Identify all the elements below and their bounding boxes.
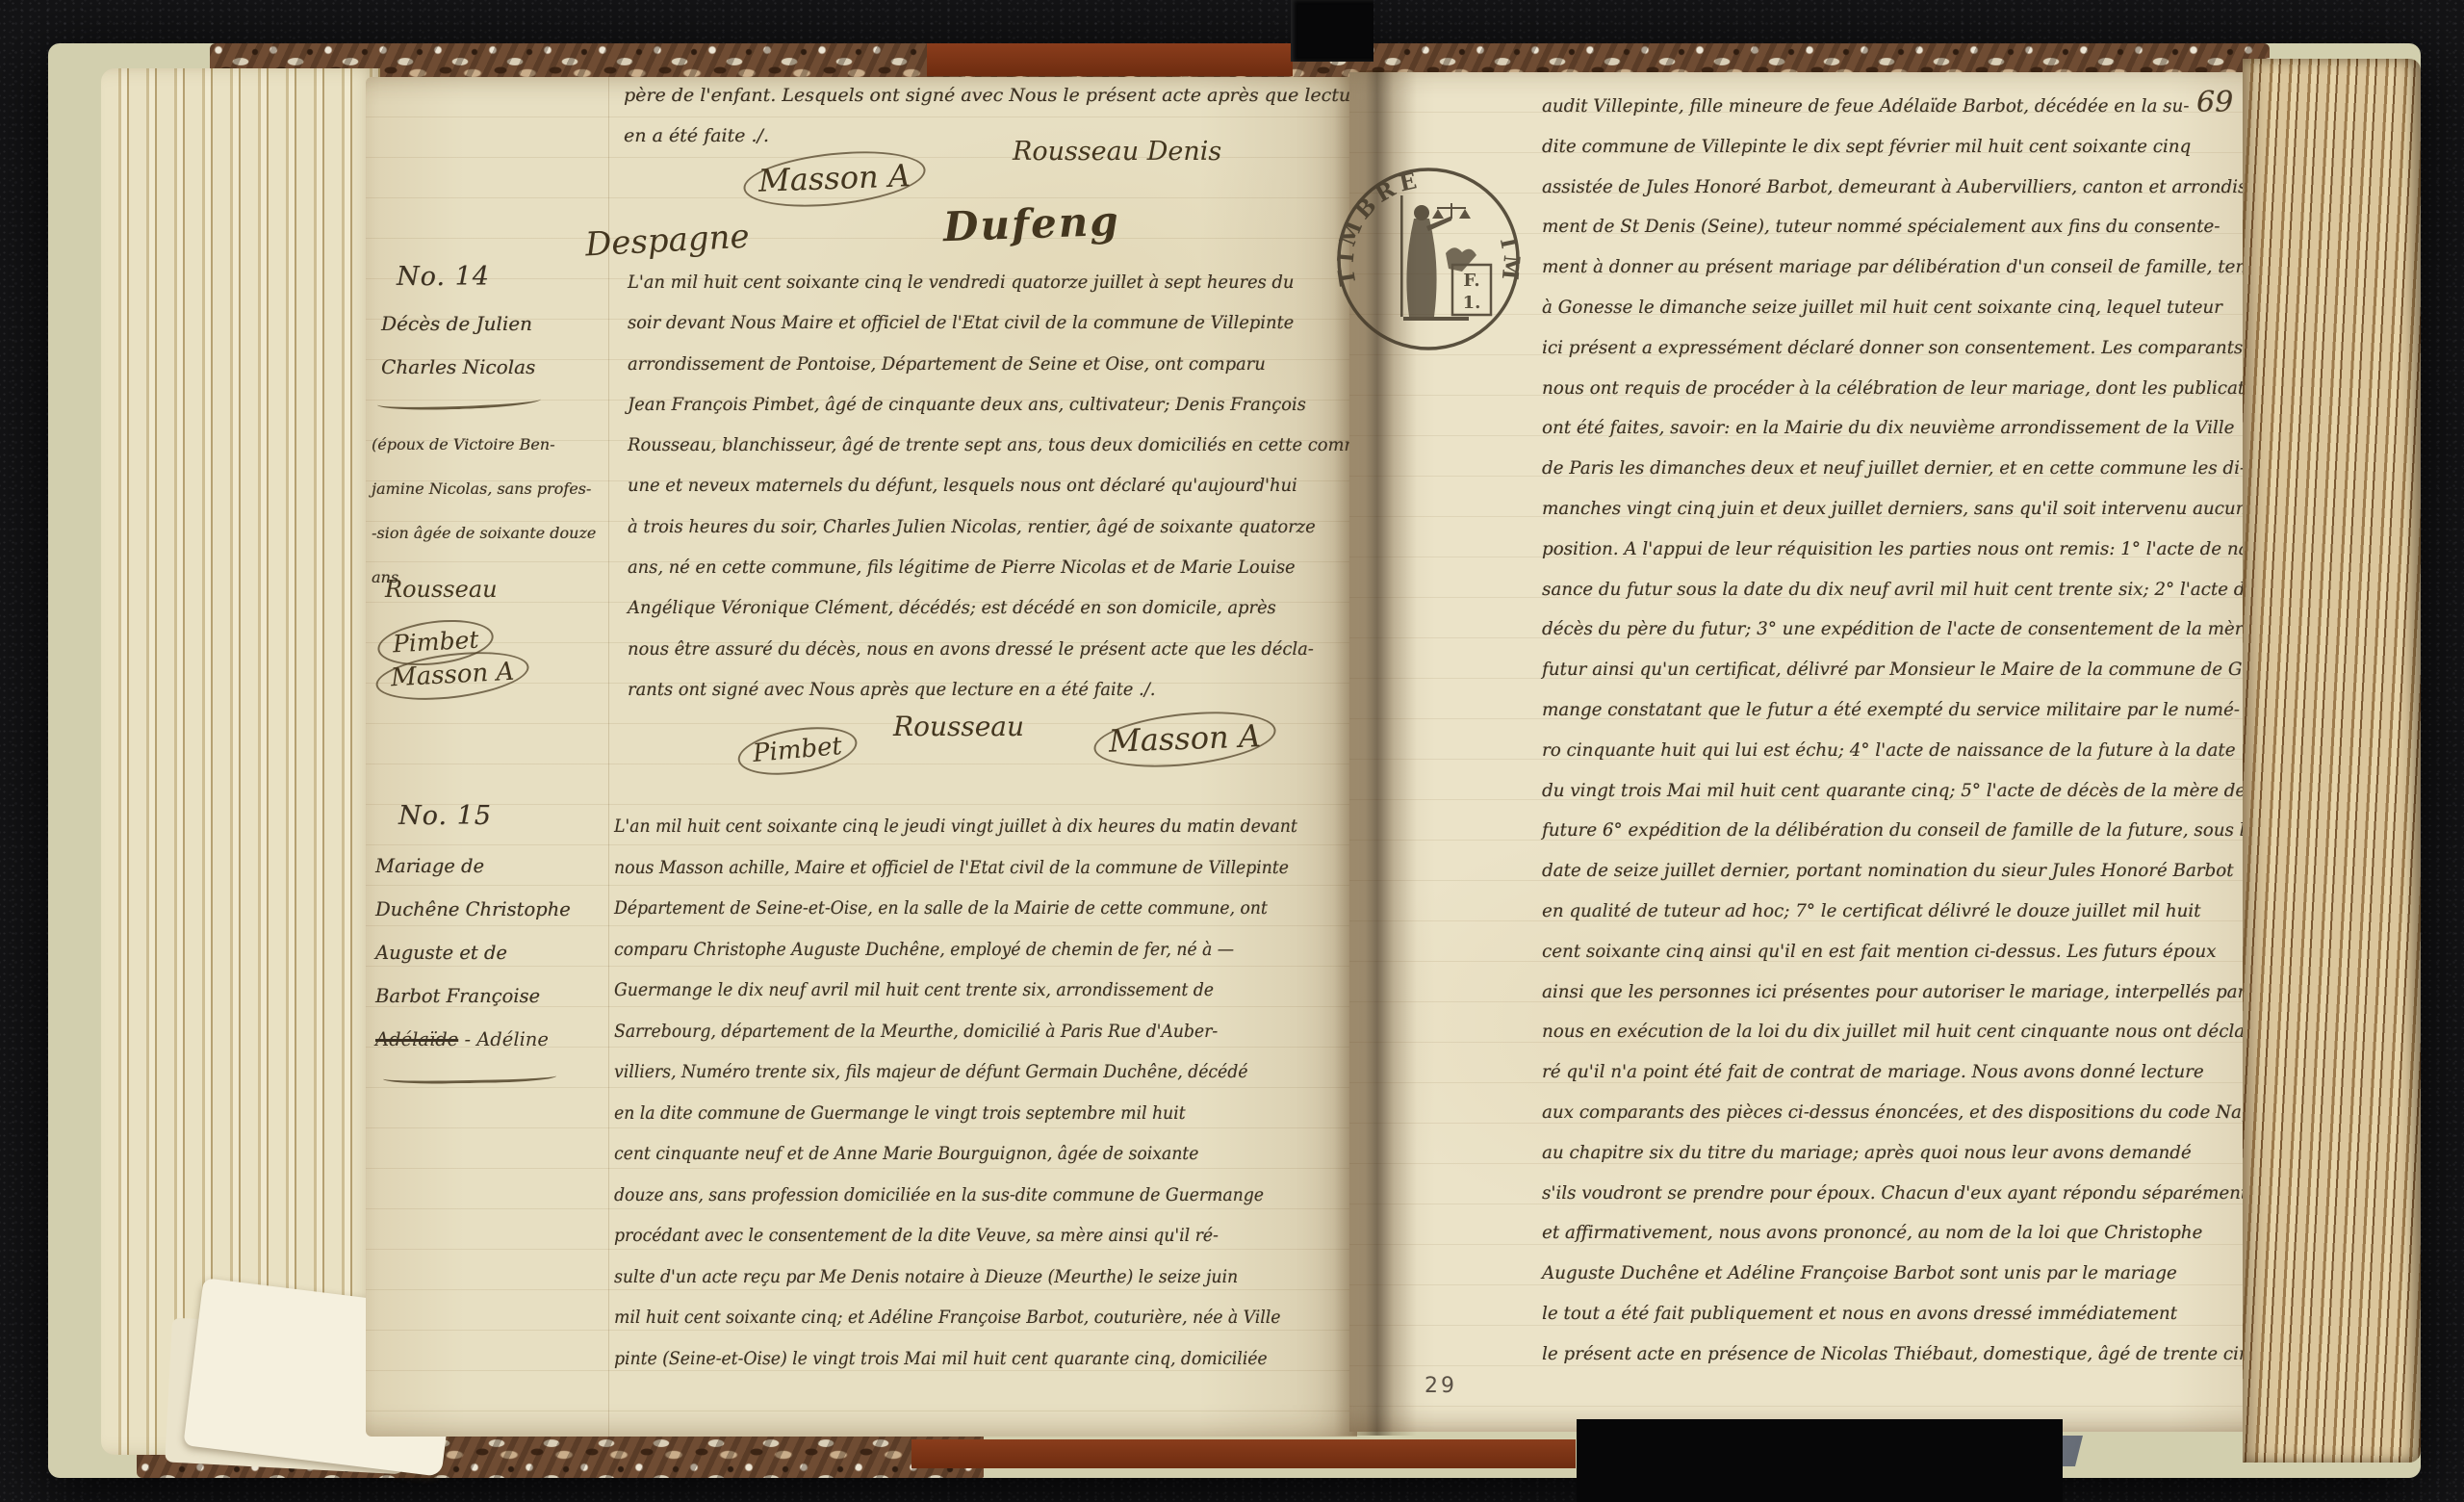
act-15-continuation-text: audit Villepinte, fille mineure de feue … <box>1542 95 2301 1384</box>
text-line: jamine Nicolas, sans profes- <box>372 479 596 524</box>
text-line: à trois heures du soir, Charles Julien N… <box>628 516 1366 557</box>
text-line: Guermange le dix neuf avril mil huit cen… <box>614 980 1297 1022</box>
left-page-stack-edges <box>101 68 380 1455</box>
struck-name: Adélaïde <box>375 1028 458 1050</box>
replacement-name: - Adéline <box>464 1028 548 1050</box>
previous-act-fragment: père de l'enfant. Lesquels ont signé ave… <box>624 85 1370 166</box>
text-line: pinte (Seine-et-Oise) le vingt trois Mai… <box>614 1349 1297 1390</box>
signature-rousseau-denis: Rousseau Denis <box>1013 137 1221 167</box>
text-line: le présent acte en présence de Nicolas T… <box>1542 1343 2301 1384</box>
text-line: (époux de Victoire Ben- <box>372 435 596 479</box>
text-line: soir devant Nous Maire et officiel de l'… <box>628 312 1366 352</box>
text-line: mil huit cent soixante cinq; et Adéline … <box>614 1308 1297 1349</box>
text-line: Angélique Véronique Clément, décédés; es… <box>628 597 1366 637</box>
text-line: Duchêne Christophe <box>375 898 571 942</box>
text-line: du vingt trois Mai mil huit cent quarant… <box>1542 780 2301 820</box>
text-line: Barbot Françoise <box>375 985 571 1028</box>
photo-background: père de l'enfant. Lesquels ont signé ave… <box>0 0 2464 1502</box>
text-line: Département de Seine-et-Oise, en la sall… <box>614 898 1297 940</box>
text-line: L'an mil huit cent soixante cinq le jeud… <box>614 816 1297 858</box>
text-line: s'ils voudront se prendre pour époux. Ch… <box>1542 1182 2301 1223</box>
act-14-body-text: L'an mil huit cent soixante cinq le vend… <box>628 272 1366 719</box>
text-line: ici présent a expressément déclaré donne… <box>1542 337 2301 377</box>
text-line: de Paris les dimanches deux et neuf juil… <box>1542 457 2301 498</box>
text-line: ont été faites, savoir: en la Mairie du … <box>1542 417 2301 457</box>
text-line: Jean François Pimbet, âgé de cinquante d… <box>628 394 1366 434</box>
signature-despagne: Despagne <box>584 218 751 265</box>
act-15-number: No. 15 <box>398 801 492 831</box>
signature-dufeng: Dufeng <box>942 197 1120 250</box>
text-line: L'an mil huit cent soixante cinq le vend… <box>628 272 1366 312</box>
text-line: dite commune de Villepinte le dix sept f… <box>1542 136 2301 176</box>
text-line: nous être assuré du décès, nous en avons… <box>628 638 1366 679</box>
timbre-imperial-stamp: TIMBRE IMPERIAL. F. 1. <box>1326 163 1532 357</box>
text-line: audit Villepinte, fille mineure de feue … <box>1542 95 2301 136</box>
signature-rousseau: Rousseau <box>893 711 1024 742</box>
signature-masson: Masson A <box>757 157 911 198</box>
margin-signature-masson: Masson A <box>390 658 515 693</box>
right-page-stack-edges <box>2243 59 2421 1463</box>
text-line: Rousseau, blanchisseur, âgé de trente se… <box>628 434 1366 475</box>
margin-signature-rousseau: Rousseau <box>385 576 498 603</box>
text-line: future 6° expédition de la délibération … <box>1542 819 2301 860</box>
spine-bottom-edge <box>911 1439 1576 1468</box>
page-number: 29 <box>1424 1374 1457 1398</box>
signature-masson: Masson A <box>1108 717 1261 759</box>
register-book: père de l'enfant. Lesquels ont signé ave… <box>48 43 2421 1478</box>
text-line: cent cinquante neuf et de Anne Marie Bou… <box>614 1144 1297 1185</box>
text-line: ans, né en cette commune, fils légitime … <box>628 557 1366 597</box>
text-line: en la dite commune de Guermange le vingt… <box>614 1103 1297 1145</box>
text-line: le tout a été fait publiquement et nous … <box>1542 1303 2301 1343</box>
text-line: cent soixante cinq ainsi qu'il en est fa… <box>1542 941 2301 981</box>
text-line: Décès de Julien <box>381 312 535 355</box>
cradle-clamp-bottom <box>1577 1419 2063 1502</box>
text-line: comparu Christophe Auguste Duchêne, empl… <box>614 940 1297 981</box>
text-line: et affirmativement, nous avons prononcé,… <box>1542 1222 2301 1262</box>
text-line: date de seize juillet dernier, portant n… <box>1542 860 2301 900</box>
text-line: Mariage de <box>375 855 571 898</box>
act-14-margin-title: Décès de JulienCharles Nicolas <box>381 312 535 399</box>
text-line: nous en exécution de la loi du dix juill… <box>1542 1021 2301 1061</box>
text-line: décès du père du futur; 3° une expéditio… <box>1542 618 2301 659</box>
text-line: arrondissement de Pontoise, Département … <box>628 353 1366 394</box>
text-line: père de l'enfant. Lesquels ont signé ave… <box>624 85 1370 125</box>
text-line: douze ans, sans profession domiciliée en… <box>614 1185 1297 1227</box>
text-line: ro cinquante huit qui lui est échu; 4° l… <box>1542 739 2301 780</box>
text-line: assistée de Jules Honoré Barbot, demeura… <box>1542 176 2301 217</box>
stamp-denomination-f: F. <box>1463 271 1479 291</box>
act-15-body-text: L'an mil huit cent soixante cinq le jeud… <box>614 816 1297 1389</box>
text-line: futur ainsi qu'un certificat, délivré pa… <box>1542 659 2301 699</box>
text-line: villiers, Numéro trente six, fils majeur… <box>614 1062 1297 1103</box>
text-line: nous Masson achille, Maire et officiel d… <box>614 858 1297 899</box>
text-line: Auguste Duchêne et Adéline Françoise Bar… <box>1542 1262 2301 1303</box>
cradle-clamp-top <box>1291 0 1373 62</box>
left-page: père de l'enfant. Lesquels ont signé ave… <box>366 77 1357 1437</box>
text-line: ré qu'il n'a point été fait de contrat d… <box>1542 1061 2301 1101</box>
text-line: Auguste et de <box>375 942 571 985</box>
text-line: ment à donner au présent mariage par dél… <box>1542 256 2301 297</box>
act-15-margin-title: Mariage deDuchêne ChristopheAuguste et d… <box>375 855 571 1028</box>
text-line: sance du futur sous la date du dix neuf … <box>1542 579 2301 619</box>
text-line: -sion âgée de soixante douze <box>372 524 596 568</box>
text-line: mange constatant que le futur a été exem… <box>1542 699 2301 739</box>
text-line: aux comparants des pièces ci-dessus énon… <box>1542 1101 2301 1142</box>
text-line: ment de St Denis (Seine), tuteur nommé s… <box>1542 216 2301 256</box>
text-line: procédant avec le consentement de la dit… <box>614 1226 1297 1267</box>
stamp-graphic: TIMBRE IMPERIAL. F. 1. <box>1326 163 1532 357</box>
flourish-bracket <box>383 1067 556 1084</box>
act-15-margin-correction: Adélaïde - Adéline <box>375 1028 549 1050</box>
text-line: manches vingt cinq juin et deux juillet … <box>1542 498 2301 538</box>
text-line: nous ont requis de procéder à la célébra… <box>1542 377 2301 418</box>
text-line: au chapitre six du titre du mariage; apr… <box>1542 1142 2301 1182</box>
text-line: ainsi que les personnes ici présentes po… <box>1542 981 2301 1022</box>
text-line: sulte d'un acte reçu par Me Denis notair… <box>614 1267 1297 1308</box>
act-14-number: No. 14 <box>397 262 490 292</box>
signature-pimbet: Pimbet <box>752 732 843 768</box>
text-line: en a été faite ./. <box>624 125 1370 166</box>
stamp-denomination-1: 1. <box>1463 293 1481 313</box>
text-line: position. A l'appui de leur réquisition … <box>1542 538 2301 579</box>
spine-top-edge <box>927 43 1293 76</box>
text-line: à Gonesse le dimanche seize juillet mil … <box>1542 297 2301 337</box>
text-line: Sarrebourg, département de la Meurthe, d… <box>614 1022 1297 1063</box>
text-line: une et neveux maternels du défunt, lesqu… <box>628 475 1366 515</box>
text-line: en qualité de tuteur ad hoc; 7° le certi… <box>1542 900 2301 941</box>
